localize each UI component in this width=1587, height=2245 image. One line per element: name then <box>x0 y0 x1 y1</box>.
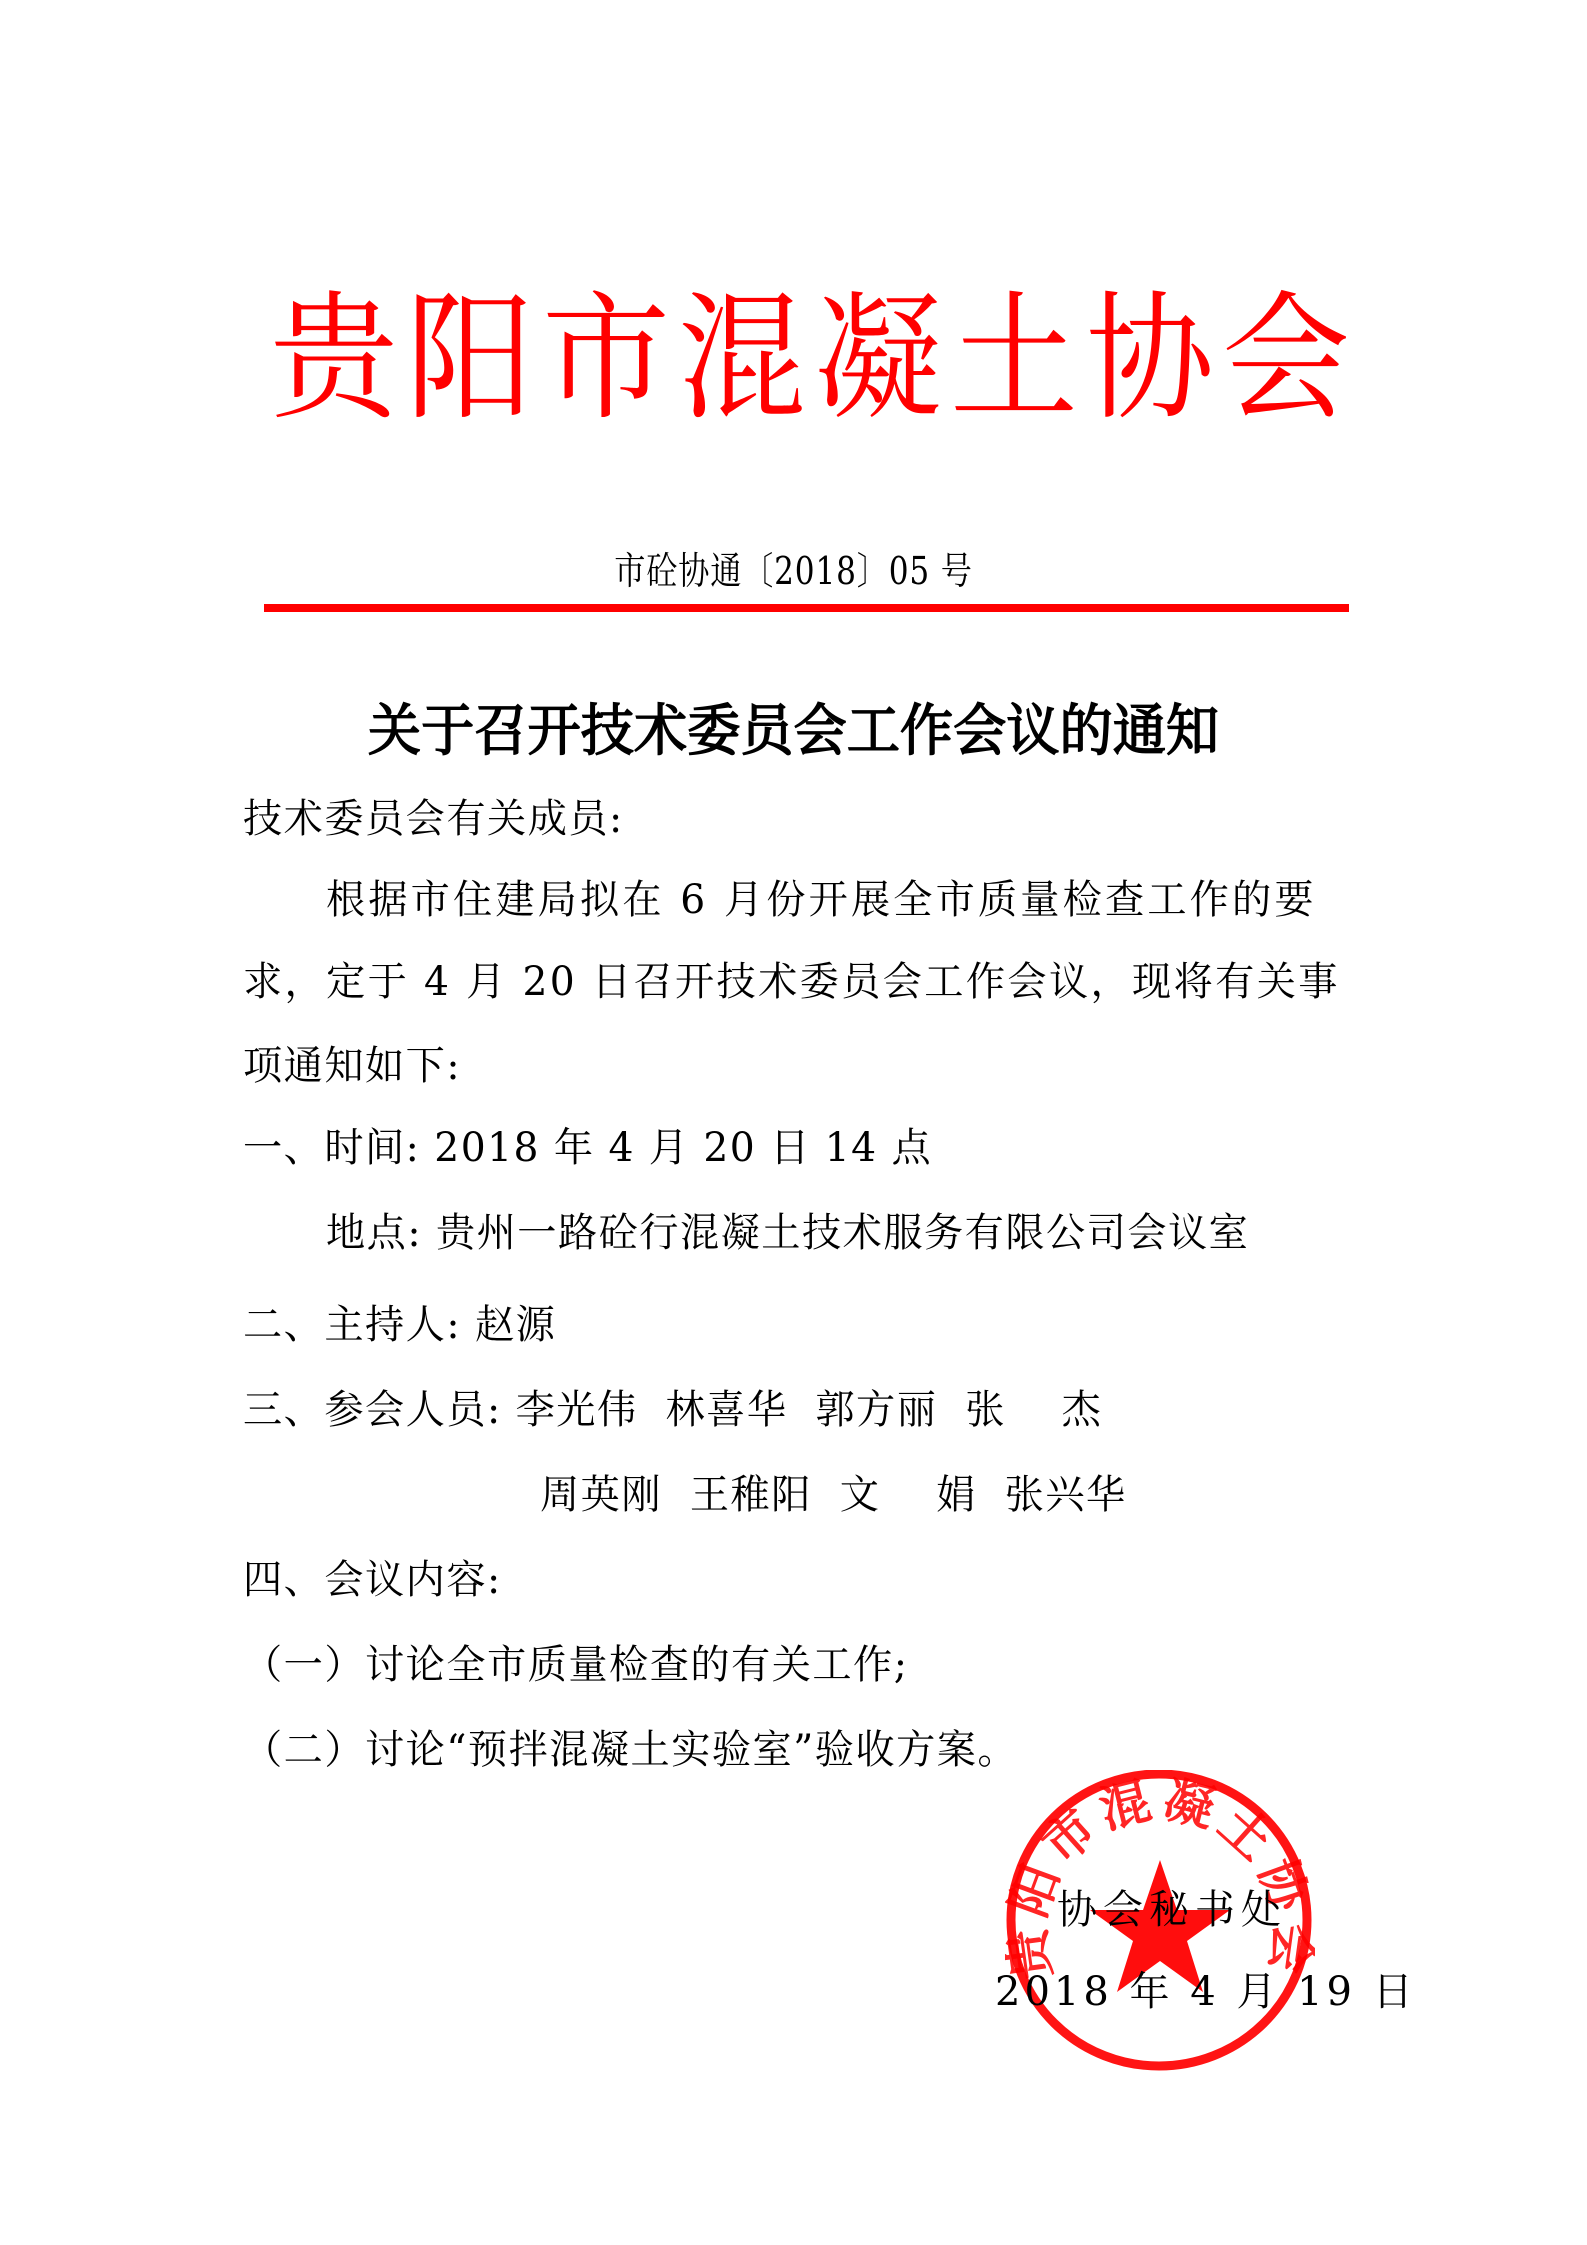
body-line-1: 根据市住建局拟在 6 月份开展全市质量检查工作的要 <box>326 876 1317 924</box>
item-attendees-line-2: 周英刚 王稚阳 文 娟 张兴华 <box>540 1471 1127 1519</box>
item-host: 二、主持人: 赵源 <box>243 1301 556 1349</box>
item-content-1: （一）讨论全市质量检查的有关工作; <box>243 1641 908 1689</box>
body-line-3: 项通知如下: <box>243 1042 461 1090</box>
document-number: 市砼协通〔2018〕05 号 <box>143 548 1444 594</box>
red-divider-rule <box>264 604 1349 612</box>
item-time: 一、时间: 2018 年 4 月 20 日 14 点 <box>243 1124 932 1172</box>
item-attendees-line-1: 三、参会人员: 李光伟 林喜华 郭方丽 张 杰 <box>243 1386 1102 1434</box>
notice-title: 关于召开技术委员会工作会议的通知 <box>40 694 1548 770</box>
item-content-2: （二）讨论“预拌混凝土实验室”验收方案。 <box>243 1726 1018 1774</box>
body-line-2: 求，定于 4 月 20 日召开技术委员会工作会议，现将有关事 <box>243 958 1340 1006</box>
salutation: 技术委员会有关成员: <box>243 795 624 843</box>
item-content-heading: 四、会议内容: <box>243 1556 502 1604</box>
signature-date: 2018 年 4 月 19 日 <box>995 1968 1417 2016</box>
signature-issuer: 协会秘书处 <box>1057 1886 1287 1934</box>
item-location: 地点: 贵州一路砼行混凝土技术服务有限公司会议室 <box>326 1209 1249 1257</box>
org-title: 贵阳市混凝土协会 <box>270 268 1330 452</box>
